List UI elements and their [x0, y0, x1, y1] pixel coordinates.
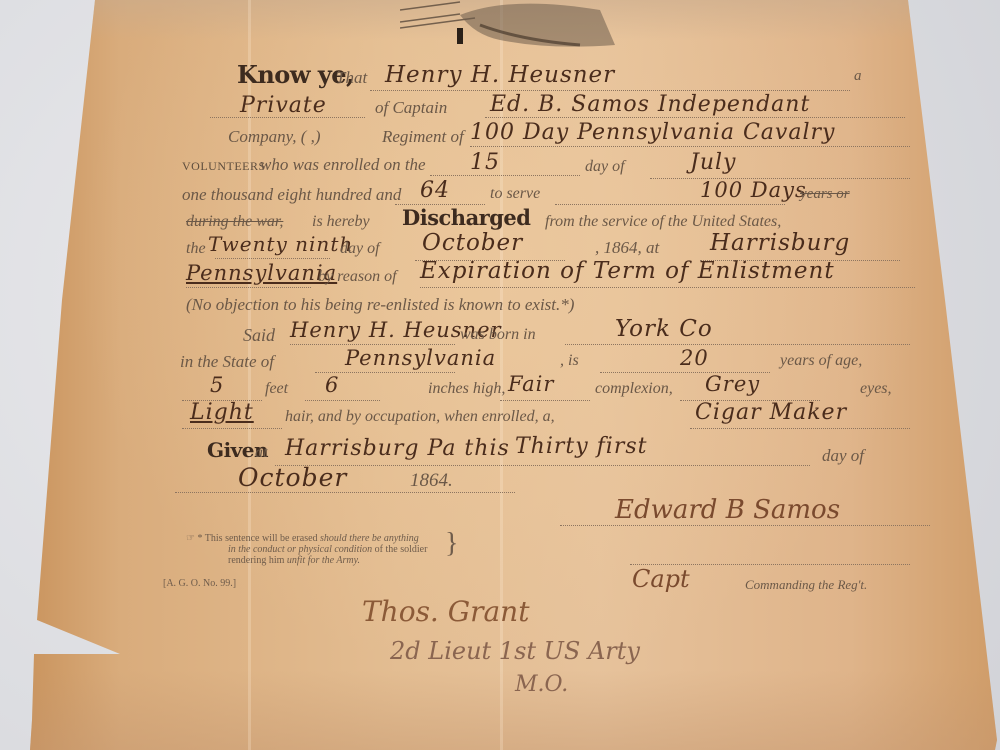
given-month-line: [175, 492, 515, 493]
hair-color: Light: [190, 400, 254, 425]
discharged-heading: Discharged: [402, 205, 530, 230]
said-label: Said: [243, 325, 275, 346]
reason-fill-line: [420, 287, 915, 288]
hair-occupation-label: hair, and by occupation, when enrolled, …: [285, 408, 555, 426]
complexion-line: [500, 400, 590, 401]
born-county-line: [565, 344, 910, 345]
during-war-struck: during the war,: [186, 213, 283, 231]
given-day-of-label: day of: [822, 446, 864, 466]
commander-signature-line: [560, 525, 930, 526]
discharge-state-line: [186, 287, 311, 288]
rank: Private: [240, 93, 327, 118]
name-fill-line: [370, 90, 850, 91]
that-label: That: [336, 68, 367, 88]
height-inches: 6: [325, 373, 339, 397]
inches-label: inches high,: [428, 380, 505, 398]
soldier-name: Henry H. Heusner: [385, 62, 615, 88]
given-place-line: [275, 465, 810, 466]
term-fill-line: [555, 204, 785, 205]
to-serve-label: to serve: [490, 185, 540, 203]
from-service-label: from the service of the United States,: [545, 213, 781, 231]
company-label: Company, ( ,): [228, 127, 321, 147]
footnote-brace: }: [445, 530, 458, 558]
years-of-age-label: years of age,: [780, 352, 862, 370]
height-feet: 5: [210, 373, 224, 397]
feet-label: feet: [265, 380, 288, 398]
captain-company: Ed. B. Samos Independant: [490, 92, 810, 117]
mustering-officer-title: 2d Lieut 1st US Arty: [390, 637, 640, 665]
commander-title: Capt: [632, 565, 690, 593]
height-inches-line: [305, 400, 380, 401]
by-reason-label: by reason of: [318, 268, 397, 286]
eyes-label: eyes,: [860, 380, 892, 398]
discharge-certificate-paper: Know ye, That Henry H. Heusner a Private…: [0, 0, 1000, 750]
enroll-year: 64: [420, 178, 450, 203]
no-objection-note: (No objection to his being re-enlisted i…: [186, 295, 574, 315]
mustering-officer-role: M.O.: [515, 672, 568, 697]
discharge-day-line: [215, 258, 330, 259]
enroll-day-line: [430, 175, 580, 176]
born-in-label: was born in: [460, 326, 536, 344]
given-year: 1864.: [410, 470, 453, 492]
eye-color: Grey: [705, 372, 760, 396]
commanding-label: Commanding the Reg't.: [745, 577, 867, 593]
the-label: the: [186, 240, 206, 258]
given-month: October: [238, 463, 347, 492]
term: 100 Days: [700, 178, 807, 202]
discharge-reason: Expiration of Term of Enlistment: [420, 258, 835, 284]
given-place: Harrisburg Pa this: [285, 436, 510, 461]
commander-signature: Edward B Samos: [615, 495, 840, 525]
age: 20: [680, 346, 709, 370]
pointing-hand-icon: ☞: [186, 533, 195, 544]
regiment-fill-line: [470, 146, 910, 147]
complexion-label: complexion,: [595, 380, 673, 398]
day-of-label: day of: [585, 158, 625, 176]
form-number: [A. G. O. No. 99.]: [163, 578, 236, 589]
regiment: 100 Day Pennsylvania Cavalry: [470, 120, 835, 145]
at-label: at: [255, 444, 267, 462]
is-label: , is: [560, 352, 579, 370]
given-day: Thirty first: [515, 434, 647, 459]
occupation-line: [690, 428, 910, 429]
footnote-line-3: rendering him unfit for the Army.: [228, 555, 360, 566]
enroll-day: 15: [470, 150, 500, 175]
year-prefix: one thousand eight hundred and: [182, 185, 401, 205]
enroll-month: July: [690, 150, 736, 175]
of-captain-label: of Captain: [375, 98, 447, 118]
eagle-flag-emblem-icon: [400, 0, 620, 55]
hereby-label: is hereby: [312, 213, 370, 231]
discharge-day: Twenty ninth: [208, 232, 353, 256]
occupation: Cigar Maker: [695, 400, 847, 425]
captain-fill-line: [485, 117, 905, 118]
years-or-struck: years or: [800, 186, 850, 203]
footnote-line-1: ☞ * This sentence will be erased should …: [186, 533, 419, 544]
mustering-officer-signature: Thos. Grant: [362, 595, 529, 628]
volunteers-label: VOLUNTEERS: [182, 159, 266, 174]
discharge-place: Harrisburg: [710, 230, 850, 256]
regiment-label: Regiment of: [382, 127, 464, 147]
born-state: Pennsylvania: [345, 346, 496, 370]
enrolled-label: who was enrolled on the: [260, 155, 426, 175]
discharge-state: Pennsylvania: [186, 261, 337, 285]
footnote-line-2: in the conduct or physical condition of …: [228, 544, 427, 555]
said-name-line: [290, 344, 455, 345]
state-label: in the State of: [180, 352, 274, 372]
hair-line: [182, 428, 282, 429]
article-label: a: [854, 68, 862, 85]
discharge-year: , 1864, at: [595, 238, 659, 258]
day-of-label-2: day of: [340, 240, 380, 258]
born-county: York Co: [615, 316, 713, 342]
complexion: Fair: [508, 372, 554, 396]
discharge-month: October: [422, 230, 523, 256]
